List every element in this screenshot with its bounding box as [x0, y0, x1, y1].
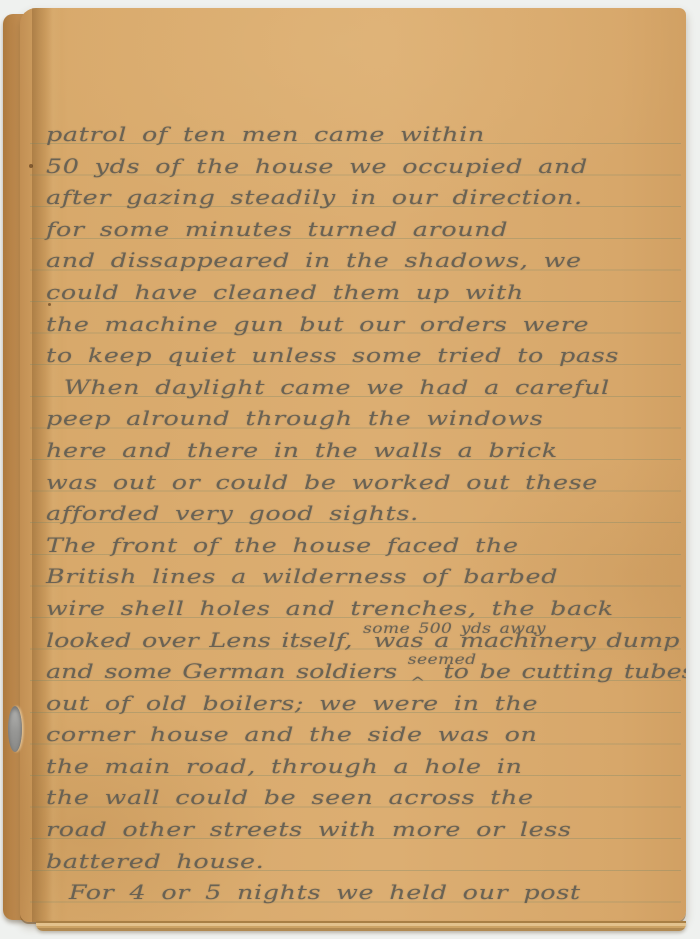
handwritten-line: could have cleaned them up with: [46, 277, 686, 309]
handwritten-line: was out or could be worked out these: [46, 467, 686, 499]
handwritten-line: For 4 or 5 nights we held our post: [46, 877, 686, 909]
handwritten-line: 50 yds of the house we occupied and: [46, 151, 686, 183]
handwritten-line: looked over Lens itself, some 500 yds aw…: [46, 625, 686, 657]
paper-speck: [48, 303, 51, 306]
handwritten-line: When daylight came we had a careful: [46, 372, 686, 404]
handwritten-line: The front of the house faced the: [46, 530, 686, 562]
line-pre-text: and some German soldiers: [46, 659, 408, 683]
notebook-page: patrol of ten men came within50 yds of t…: [20, 8, 686, 922]
handwriting-block: patrol of ten men came within50 yds of t…: [46, 119, 684, 909]
handwritten-line: and some German soldiers seemed^ to be c…: [46, 656, 686, 688]
paper-speck: [29, 164, 33, 168]
page-stack-edge: [36, 921, 686, 931]
handwritten-line: to keep quiet unless some tried to pass: [46, 340, 686, 372]
handwritten-line: the machine gun but our orders were: [46, 309, 686, 341]
handwritten-line: for some minutes turned around: [46, 214, 686, 246]
handwritten-line: the main road, through a hole in: [46, 751, 686, 783]
handwritten-line: corner house and the side was on: [46, 719, 686, 751]
handwritten-line: battered house.: [46, 846, 686, 878]
handwritten-line: afforded very good sights.: [46, 498, 686, 530]
handwritten-line: peep alround through the windows: [46, 403, 686, 435]
handwritten-line: and dissappeared in the shadows, we: [46, 245, 686, 277]
handwritten-line: after gazing steadily in our direction.: [46, 182, 686, 214]
binding-hole: [8, 706, 22, 752]
line-pre-text: looked over Lens itself,: [46, 628, 363, 652]
handwritten-line: British lines a wilderness of barbed: [46, 561, 686, 593]
notebook-scan: patrol of ten men came within50 yds of t…: [0, 0, 700, 939]
handwritten-line: here and there in the walls a brick: [46, 435, 686, 467]
handwritten-line: patrol of ten men came within: [46, 119, 686, 151]
handwritten-line: road other streets with more or less: [46, 814, 686, 846]
handwritten-line: the wall could be seen across the: [46, 782, 686, 814]
handwritten-line: out of old boilers; we were in the: [46, 688, 686, 720]
